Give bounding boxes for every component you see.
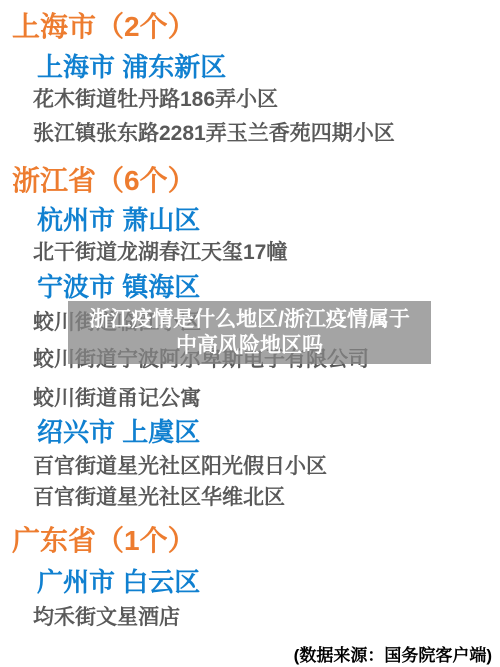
risk-area-item: 北干街道龙湖春江天玺17幢 xyxy=(33,242,287,264)
city-district-xiaoshan: 杭州市 萧山区 xyxy=(37,207,200,234)
risk-area-item: 蛟川街道甬记公寓 xyxy=(33,388,201,410)
province-header-shanghai: 上海市（2个） xyxy=(12,12,196,41)
risk-area-item: 均禾街文星酒店 xyxy=(33,607,180,629)
city-district-baiyun: 广州市 白云区 xyxy=(37,569,200,596)
risk-area-item: 百官街道星光社区华维北区 xyxy=(33,487,285,509)
city-district-zhenhai: 宁波市 镇海区 xyxy=(37,274,200,301)
overlay-title-line2: 中高风险地区吗 xyxy=(68,333,431,359)
province-header-zhejiang: 浙江省（6个） xyxy=(12,166,196,195)
risk-area-item: 百官街道星光社区阳光假日小区 xyxy=(33,456,327,478)
risk-area-item: 张江镇张东路2281弄玉兰香苑四期小区 xyxy=(33,123,395,145)
risk-area-list: 上海市（2个） 上海市 浦东新区 花木街道牡丹路186弄小区 张江镇张东路228… xyxy=(0,0,500,667)
risk-area-item: 花木街道牡丹路186弄小区 xyxy=(33,89,278,111)
data-source-note: (数据来源：国务院客户端) xyxy=(294,641,492,666)
city-district-pudong: 上海市 浦东新区 xyxy=(37,54,226,81)
province-header-guangdong: 广东省（1个） xyxy=(12,526,196,555)
city-district-shangyu: 绍兴市 上虞区 xyxy=(37,419,200,446)
overlay-title-line1: 浙江疫情是什么地区/浙江疫情属于 xyxy=(68,307,431,333)
title-overlay: 浙江疫情是什么地区/浙江疫情属于 中高风险地区吗 xyxy=(68,301,431,364)
